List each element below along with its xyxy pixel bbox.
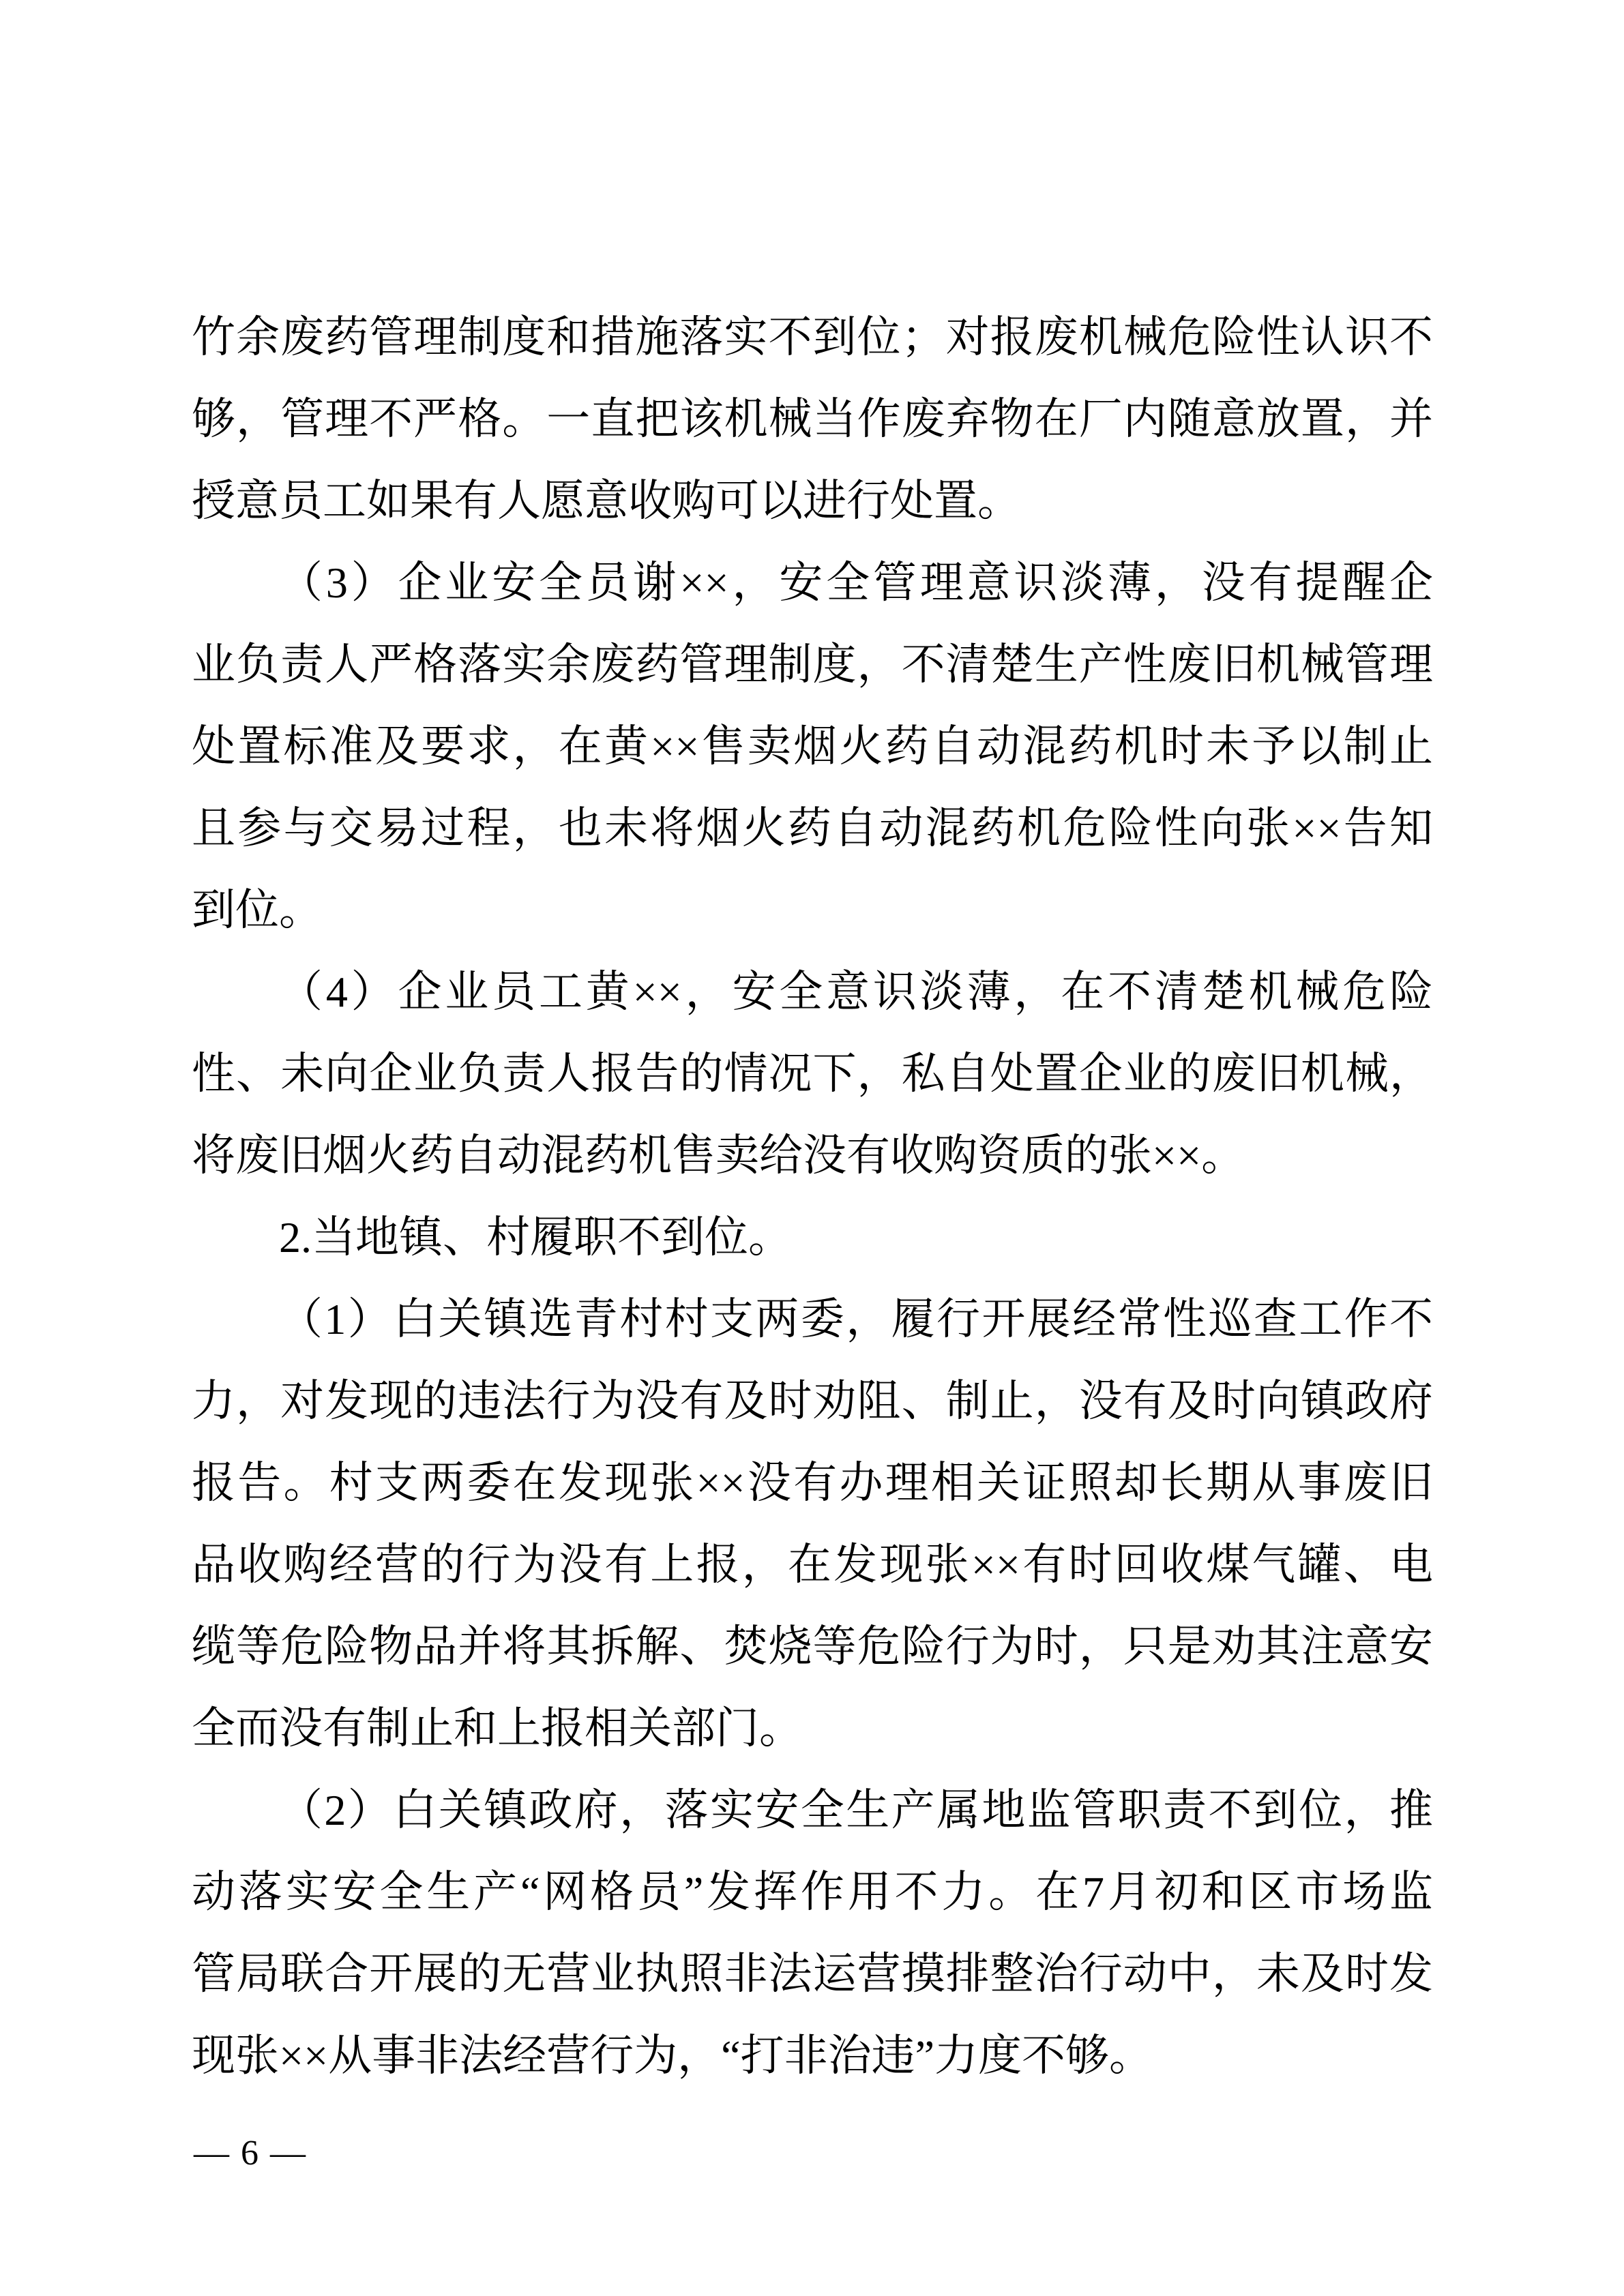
paragraph: （1）白关镇选青村村支两委，履行开展经常性巡查工作不力，对发现的违法行为没有及时…	[192, 1279, 1433, 1770]
text-line: 业负责人严格落实余废药管理制度，不清楚生产性废旧机械管理	[192, 624, 1433, 706]
text-line: 全而没有制止和上报相关部门。	[192, 1688, 1433, 1770]
text-line: 现张××从事非法经营行为，“打非治违”力度不够。	[192, 2015, 1433, 2097]
text-line: 动落实安全生产“网格员”发挥作用不力。在7月初和区市场监	[192, 1851, 1433, 1933]
text-line: 竹余废药管理制度和措施落实不到位；对报废机械危险性认识不	[192, 297, 1433, 378]
text-line: 缆等危险物品并将其拆解、焚烧等危险行为时，只是劝其注意安	[192, 1606, 1433, 1688]
text-line: 到位。	[192, 869, 1433, 951]
text-line: 性、未向企业负责人报告的情况下，私自处置企业的废旧机械，	[192, 1033, 1433, 1115]
text-line: 将废旧烟火药自动混药机售卖给没有收购资质的张××。	[192, 1115, 1433, 1197]
text-line: 报告。村支两委在发现张××没有办理相关证照却长期从事废旧	[192, 1442, 1433, 1524]
paragraph: （4）企业员工黄××，安全意识淡薄，在不清楚机械危险性、未向企业负责人报告的情况…	[192, 951, 1433, 1197]
text-line: （3）企业安全员谢××，安全管理意识淡薄，没有提醒企	[192, 542, 1433, 624]
document-page: 竹余废药管理制度和措施落实不到位；对报废机械危险性认识不够，管理不严格。一直把该…	[0, 0, 1624, 2296]
document-body: 竹余废药管理制度和措施落实不到位；对报废机械危险性认识不够，管理不严格。一直把该…	[192, 297, 1433, 2097]
text-line: （1）白关镇选青村村支两委，履行开展经常性巡查工作不	[192, 1279, 1433, 1360]
text-line: 授意员工如果有人愿意收购可以进行处置。	[192, 460, 1433, 542]
text-line: （2）白关镇政府，落实安全生产属地监管职责不到位，推	[192, 1770, 1433, 1851]
page-number: — 6 —	[194, 2133, 307, 2174]
paragraph: （3）企业安全员谢××，安全管理意识淡薄，没有提醒企业负责人严格落实余废药管理制…	[192, 542, 1433, 951]
text-line: 处置标准及要求，在黄××售卖烟火药自动混药机时未予以制止	[192, 706, 1433, 788]
text-line: 管局联合开展的无营业执照非法运营摸排整治行动中，未及时发	[192, 1933, 1433, 2015]
text-line: 2.当地镇、村履职不到位。	[192, 1197, 1433, 1279]
text-line: 品收购经营的行为没有上报，在发现张××有时回收煤气罐、电	[192, 1524, 1433, 1606]
paragraph: （2）白关镇政府，落实安全生产属地监管职责不到位，推动落实安全生产“网格员”发挥…	[192, 1770, 1433, 2097]
paragraph: 竹余废药管理制度和措施落实不到位；对报废机械危险性认识不够，管理不严格。一直把该…	[192, 297, 1433, 542]
paragraph: 2.当地镇、村履职不到位。	[192, 1197, 1433, 1279]
text-line: 力，对发现的违法行为没有及时劝阻、制止，没有及时向镇政府	[192, 1360, 1433, 1442]
text-line: 够，管理不严格。一直把该机械当作废弃物在厂内随意放置，并	[192, 378, 1433, 460]
text-line: （4）企业员工黄××，安全意识淡薄，在不清楚机械危险	[192, 951, 1433, 1033]
text-line: 且参与交易过程，也未将烟火药自动混药机危险性向张××告知	[192, 788, 1433, 869]
